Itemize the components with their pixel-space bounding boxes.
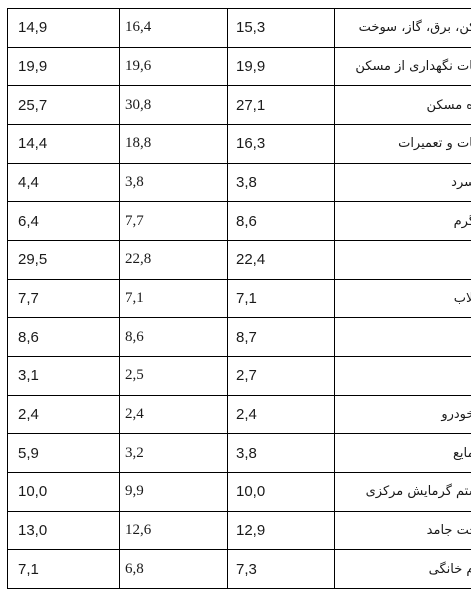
value-cell-3: 2,7 bbox=[228, 356, 335, 395]
category-label: گاز bbox=[335, 356, 471, 395]
value-cell-1: 3,1 bbox=[8, 356, 120, 395]
category-label: آب گرم bbox=[335, 202, 471, 241]
category-label: فاضلاب bbox=[335, 279, 471, 318]
value-cell-2: 9,9 bbox=[120, 472, 228, 511]
value-cell-3: 15,3 bbox=[228, 9, 335, 48]
table-row: 3,1 2,5 2,7 گاز bbox=[8, 356, 471, 395]
value-cell-1: 8,6 bbox=[8, 318, 120, 357]
value-cell-1: 5,9 bbox=[8, 434, 120, 473]
data-table: 14,9 16,4 15,3 مسکن، برق، گاز، سوخت 19,9… bbox=[7, 8, 471, 589]
value-cell-2: 6,8 bbox=[120, 550, 228, 589]
value-cell-3: 27,1 bbox=[228, 86, 335, 125]
value-cell-2: 7,7 bbox=[120, 202, 228, 241]
table-row: 7,7 7,1 7,1 فاضلاب bbox=[8, 279, 471, 318]
value-cell-1: 10,0 bbox=[8, 472, 120, 511]
value-cell-3: 22,4 bbox=[228, 240, 335, 279]
value-cell-2: 18,8 bbox=[120, 124, 228, 163]
value-cell-2: 22,8 bbox=[120, 240, 228, 279]
table-row: 14,9 16,4 15,3 مسکن، برق، گاز، سوخت bbox=[8, 9, 471, 48]
table-row: 19,9 19,6 19,9 خدمات نگهداری از مسکن bbox=[8, 47, 471, 86]
value-cell-3: 8,7 bbox=[228, 318, 335, 357]
category-label: سوخت جامد bbox=[335, 511, 471, 550]
table-body: 14,9 16,4 15,3 مسکن، برق، گاز، سوخت 19,9… bbox=[8, 9, 471, 589]
table-row: 2,4 2,4 2,4 گاز خودرو bbox=[8, 395, 471, 434]
value-cell-3: 12,9 bbox=[228, 511, 335, 550]
value-cell-1: 7,7 bbox=[8, 279, 120, 318]
value-cell-1: 6,4 bbox=[8, 202, 120, 241]
value-cell-1: 7,1 bbox=[8, 550, 120, 589]
category-label: خدمات و تعمیرات bbox=[335, 124, 471, 163]
category-label: آب سرد bbox=[335, 163, 471, 202]
category-label: مسکن، برق، گاز، سوخت bbox=[335, 9, 471, 48]
table-row: 7,1 6,8 7,3 لوازم خانگی bbox=[8, 550, 471, 589]
category-label: گاز خودرو bbox=[335, 395, 471, 434]
table-row: 6,4 7,7 8,6 آب گرم bbox=[8, 202, 471, 241]
category-label: زباله bbox=[335, 240, 471, 279]
value-cell-3: 3,8 bbox=[228, 163, 335, 202]
value-cell-2: 12,6 bbox=[120, 511, 228, 550]
category-label: اجاره مسکن bbox=[335, 86, 471, 125]
value-cell-2: 7,1 bbox=[120, 279, 228, 318]
table-row: 13,0 12,6 12,9 سوخت جامد bbox=[8, 511, 471, 550]
value-cell-2: 2,4 bbox=[120, 395, 228, 434]
table-row: 25,7 30,8 27,1 اجاره مسکن bbox=[8, 86, 471, 125]
value-cell-1: 14,4 bbox=[8, 124, 120, 163]
table-row: 10,0 9,9 10,0 سیستم گرمایش مرکزی bbox=[8, 472, 471, 511]
table-row: 5,9 3,2 3,8 گاز مایع bbox=[8, 434, 471, 473]
table-row: 4,4 3,8 3,8 آب سرد bbox=[8, 163, 471, 202]
category-label: خدمات نگهداری از مسکن bbox=[335, 47, 471, 86]
value-cell-1: 2,4 bbox=[8, 395, 120, 434]
value-cell-3: 8,6 bbox=[228, 202, 335, 241]
value-cell-1: 25,7 bbox=[8, 86, 120, 125]
value-cell-2: 8,6 bbox=[120, 318, 228, 357]
value-cell-3: 7,1 bbox=[228, 279, 335, 318]
category-label: لوازم خانگی bbox=[335, 550, 471, 589]
category-label: سیستم گرمایش مرکزی bbox=[335, 472, 471, 511]
value-cell-1: 19,9 bbox=[8, 47, 120, 86]
value-cell-1: 4,4 bbox=[8, 163, 120, 202]
value-cell-3: 16,3 bbox=[228, 124, 335, 163]
category-label: گاز مایع bbox=[335, 434, 471, 473]
table-row: 8,6 8,6 8,7 برق bbox=[8, 318, 471, 357]
value-cell-3: 10,0 bbox=[228, 472, 335, 511]
value-cell-3: 19,9 bbox=[228, 47, 335, 86]
value-cell-2: 16,4 bbox=[120, 9, 228, 48]
category-label: برق bbox=[335, 318, 471, 357]
value-cell-3: 3,8 bbox=[228, 434, 335, 473]
table-row: 29,5 22,8 22,4 زباله bbox=[8, 240, 471, 279]
value-cell-1: 29,5 bbox=[8, 240, 120, 279]
value-cell-3: 2,4 bbox=[228, 395, 335, 434]
value-cell-2: 2,5 bbox=[120, 356, 228, 395]
value-cell-2: 19,6 bbox=[120, 47, 228, 86]
value-cell-1: 13,0 bbox=[8, 511, 120, 550]
table-row: 14,4 18,8 16,3 خدمات و تعمیرات bbox=[8, 124, 471, 163]
value-cell-2: 30,8 bbox=[120, 86, 228, 125]
value-cell-2: 3,2 bbox=[120, 434, 228, 473]
value-cell-1: 14,9 bbox=[8, 9, 120, 48]
value-cell-3: 7,3 bbox=[228, 550, 335, 589]
value-cell-2: 3,8 bbox=[120, 163, 228, 202]
